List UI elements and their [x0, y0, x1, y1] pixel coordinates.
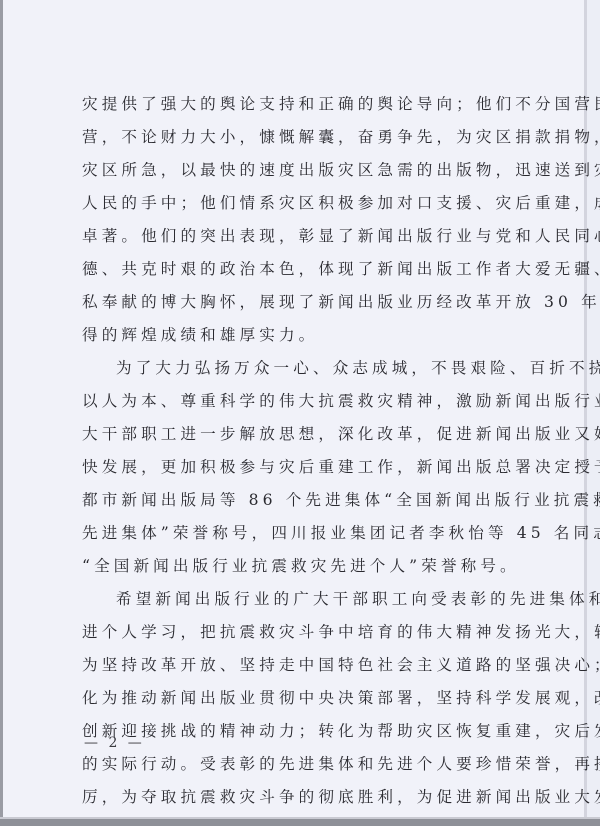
text-line: 得的辉煌成绩和雄厚实力。 — [82, 319, 537, 352]
text-line: 卓著。他们的突出表现，彰显了新闻出版行业与党和人民同心同 — [82, 220, 537, 253]
text-line: 都市新闻出版局等 86 个先进集体“全国新闻出版行业抗震救灾 — [82, 484, 537, 517]
paragraph-2: 为了大力弘扬万众一心、众志成城，不畏艰险、百折不挠， 以人为本、尊重科学的伟大抗… — [82, 352, 537, 583]
text-line: 快发展，更加积极参与灾后重建工作，新闻出版总署决定授予成 — [82, 451, 537, 484]
text-line: 进个人学习，把抗震救灾斗争中培育的伟大精神发扬光大，转化 — [82, 616, 537, 649]
text-line: 为了大力弘扬万众一心、众志成城，不畏艰险、百折不挠， — [82, 352, 537, 385]
text-line: 私奉献的博大胸怀，展现了新闻出版业历经改革开放 30 年所取 — [82, 286, 537, 319]
text-line: 营，不论财力大小，慷慨解囊，奋勇争先，为灾区捐款捐物，急 — [82, 121, 537, 154]
page-number: — 2 — — [84, 735, 145, 751]
paragraph-1: 灾提供了强大的舆论支持和正确的舆论导向；他们不分国营民 营，不论财力大小，慷慨解… — [82, 88, 537, 352]
document-body: 灾提供了强大的舆论支持和正确的舆论导向；他们不分国营民 营，不论财力大小，慷慨解… — [82, 88, 537, 814]
scan-border-left — [0, 0, 3, 826]
text-line: 厉，为夺取抗震救灾斗争的彻底胜利，为促进新闻出版业大发展 — [82, 781, 537, 814]
text-line: 大干部职工进一步解放思想，深化改革，促进新闻出版业又好又 — [82, 418, 537, 451]
text-line: 为坚持改革开放、坚持走中国特色社会主义道路的坚强决心；转 — [82, 649, 537, 682]
text-line: 德、共克时艰的政治本色，体现了新闻出版工作者大爱无疆、无 — [82, 253, 537, 286]
text-line: 希望新闻出版行业的广大干部职工向受表彰的先进集体和先 — [82, 583, 537, 616]
text-line: 以人为本、尊重科学的伟大抗震救灾精神，激励新闻出版行业广 — [82, 385, 537, 418]
text-line: 灾提供了强大的舆论支持和正确的舆论导向；他们不分国营民 — [82, 88, 537, 121]
text-line: 人民的手中；他们情系灾区积极参加对口支援、灾后重建，成绩 — [82, 187, 537, 220]
text-line: 创新迎接挑战的精神动力；转化为帮助灾区恢复重建，灾后发展 — [82, 715, 537, 748]
text-line: “全国新闻出版行业抗震救灾先进个人”荣誉称号。 — [82, 550, 537, 583]
paragraph-3: 希望新闻出版行业的广大干部职工向受表彰的先进集体和先 进个人学习，把抗震救灾斗争… — [82, 583, 537, 814]
text-line: 化为推动新闻出版业贯彻中央决策部署，坚持科学发展观，改革 — [82, 682, 537, 715]
scan-border-bottom — [0, 819, 600, 826]
text-line: 的实际行动。受表彰的先进集体和先进个人要珍惜荣誉，再接再 — [82, 748, 537, 781]
text-line: 先进集体”荣誉称号，四川报业集团记者李秋怡等 45 名同志 — [82, 517, 537, 550]
text-line: 灾区所急，以最快的速度出版灾区急需的出版物，迅速送到灾区 — [82, 154, 537, 187]
